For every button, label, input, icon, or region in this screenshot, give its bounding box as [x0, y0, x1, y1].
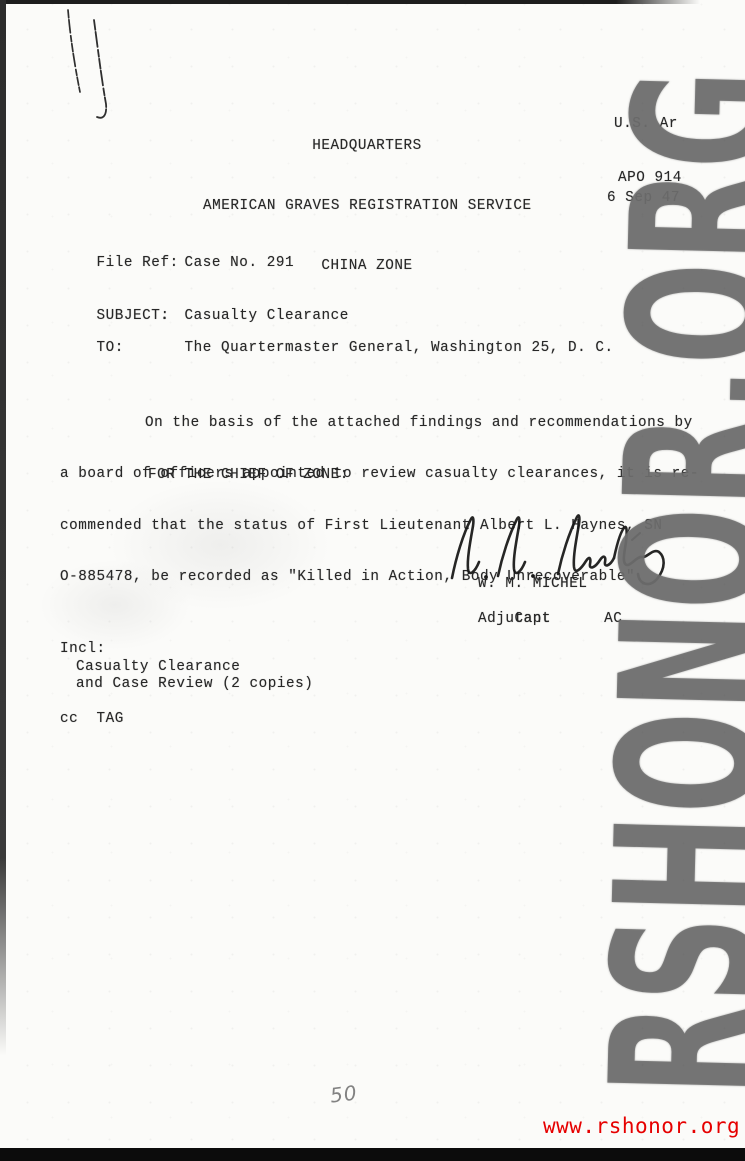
signer-title: Adjutant	[478, 611, 551, 628]
footer-url-text: www.rshonor.org	[543, 1114, 740, 1138]
pencil-page-number: 50	[329, 1080, 359, 1107]
watermark-text: RSHONOR.ORG	[585, 67, 745, 1098]
to-line: TO:The Quartermaster General, Washington…	[60, 323, 614, 374]
signer-typed-name: W. M. MICHEL	[478, 576, 588, 593]
cc-line: cc TAG	[60, 711, 124, 728]
enclosure-line: and Case Review (2 copies)	[76, 676, 313, 693]
scanned-letter-page: HEADQUARTERS AMERICAN GRAVES REGISTRATIO…	[0, 0, 745, 1161]
to-value: The Quartermaster General, Washington 25…	[185, 340, 614, 356]
letterhead-line-1: HEADQUARTERS	[203, 136, 531, 156]
file-ref-line: File Ref:Case No. 291	[60, 238, 294, 289]
scan-bottom-edge	[0, 1148, 745, 1161]
to-label: TO:	[97, 340, 185, 357]
subject-value: Casualty Clearance	[185, 308, 349, 324]
enclosure-line: Casualty Clearance	[76, 659, 240, 676]
enclosure-label: Incl:	[60, 641, 106, 658]
pencil-stroke-marks	[50, 4, 130, 134]
letterhead-line-2: AMERICAN GRAVES REGISTRATION SERVICE	[203, 196, 531, 216]
file-ref-label: File Ref:	[97, 255, 185, 272]
file-ref-value: Case No. 291	[185, 255, 295, 271]
chief-of-zone-line: FOR THE CHIEF OF ZONE:	[148, 467, 349, 484]
scan-left-edge	[0, 0, 6, 1100]
